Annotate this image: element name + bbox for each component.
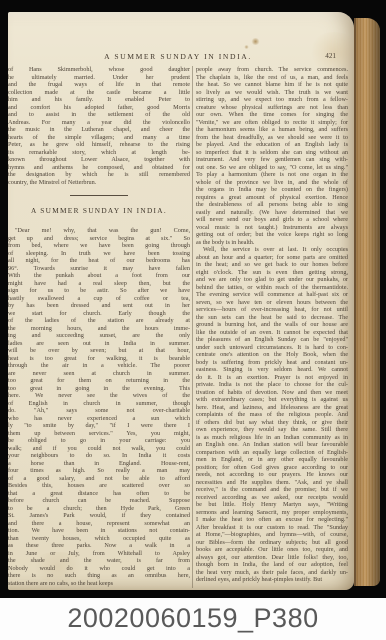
text-line: get up and dress; service begins at six.… [8, 235, 190, 243]
text-line: ground is burning hot, and the walls of … [196, 321, 348, 329]
text-line: the shade and the water, is far from [8, 557, 190, 565]
text-line: ly "to smite by day," "if I were there I [8, 422, 190, 430]
text-line: so lively as we would wish. The truth is… [196, 89, 348, 97]
text-line: so imperfect that it is seldom she can s… [196, 149, 348, 157]
text-line: eight o'clock. The sun is even then gett… [196, 269, 348, 277]
text-line: a horse than in England. House-rent, [8, 460, 190, 468]
book-fore-edge [354, 18, 380, 586]
text-line: receive," is the command and the promise… [196, 486, 348, 494]
text-line: The chaplain is, like the rest of us, a … [196, 74, 348, 82]
text-line: services—hours of ever-increasing heat, … [196, 306, 348, 314]
text-line: getting out of order; but the voice keep… [196, 231, 348, 239]
text-line: the heat. So we cannot blame him if he i… [196, 81, 348, 89]
text-line: are never seen at church in summer. [8, 370, 190, 378]
text-line: I make the heat too often an excuse for … [196, 516, 348, 524]
text-line: The evening service will commence at hal… [196, 291, 348, 299]
text-line: the morning hours, and the hours imme- [8, 325, 190, 333]
text-line: and we are only too glad to get under ou… [196, 276, 348, 284]
text-line: the pleasures of an English Sunday can b… [196, 336, 348, 344]
text-line: your neighbours to do so. In India it co… [8, 452, 190, 460]
text-line: him and his family. It enabled Peter to [8, 96, 190, 104]
text-line: walk; and if you could not walk, you cou… [8, 445, 190, 453]
text-line: creature whose physical sufferings are n… [196, 104, 348, 112]
text-line: easily and naturally. (We have determine… [196, 209, 348, 217]
text-line: from the heat dreadfully, as we should s… [196, 134, 348, 142]
text-line: do. "Ah," says some not over-charitable [8, 407, 190, 415]
stain-spot [244, 45, 249, 49]
text-line: tivation of habits of devotion. Now and … [196, 389, 348, 397]
text-line: here. We never see the wives of the [8, 392, 190, 400]
text-line: the harmonium seems like a human being, … [196, 126, 348, 134]
text-line: our own. When the time comes for singing… [196, 111, 348, 119]
text-line: there is no such thing as an omnibus her… [8, 572, 190, 580]
text-line: like the outside of an oven. It cannot b… [196, 329, 348, 337]
right-paragraph-1: people away from church. The service com… [196, 66, 348, 246]
text-line: that a great distance has often to be [8, 490, 190, 498]
text-line: in the heat; and so we get back to our h… [196, 261, 348, 269]
text-line: private. India is not the place to choos… [196, 381, 348, 389]
text-line: at Home,"—biographies, and hymns—with, o… [196, 531, 348, 539]
text-line: the music in the Lutheran chapel, and ch… [8, 126, 190, 134]
text-line: through the air in a vehicle. The poorer [8, 362, 190, 370]
text-line: of Hans Skimmerbohl, whose good daughter [8, 66, 190, 74]
text-line: sign for us to be astir. So after we hav… [8, 287, 190, 295]
text-line: be played. And the education of an Engli… [196, 141, 348, 149]
text-line: than twenty houses, which occupied quite… [8, 535, 190, 543]
text-line: tion. We have been in stations not conta… [8, 527, 190, 535]
text-line: before church can be reached. Suppose [8, 497, 190, 505]
text-line: too great in going in the evening. This [8, 385, 190, 393]
text-line: 96°. Towards sunrise it may have fallen [8, 265, 190, 273]
text-line: of the ladies of the station are already… [8, 317, 190, 325]
text-line: position; for often God gives grace acco… [196, 464, 348, 472]
text-line: Andreas. For many a year did the violonc… [8, 119, 190, 127]
running-header: A SUMMER SUNDAY IN INDIA. [8, 52, 348, 61]
text-line: might have had a real sleep then, but th… [8, 280, 190, 288]
text-line: collection made at the castle became a l… [8, 89, 190, 97]
text-line: derlined eyes, and prickly heat-pimples … [196, 576, 348, 584]
text-line: men in England, or in any other equally … [196, 456, 348, 464]
text-line: vocal music is not taught.) Instruments … [196, 224, 348, 232]
text-line: comparison with an equally large collect… [196, 449, 348, 457]
text-line: needs, not according to our prayers. He … [196, 471, 348, 479]
text-line: hearts of the simple villagers; and many… [8, 134, 190, 142]
text-line: in June or July, from Whitehall to Apsle… [8, 550, 190, 558]
right-column: people away from church. The service com… [196, 66, 348, 584]
text-line: the organs in India may be counted on th… [196, 186, 348, 194]
text-line: With the punkah about a foot from our [8, 272, 190, 280]
text-line: and the frugal ways of life in that remo… [8, 81, 190, 89]
text-line: behind the tatties, or within reach of t… [196, 284, 348, 292]
text-line: four times as high. So really a man may [8, 467, 190, 475]
right-paragraph-2: Well, the service is over at last. It on… [196, 246, 348, 584]
text-line: station there are no cabs, so the heat k… [8, 580, 190, 588]
book-page: A SUMMER SUNDAY IN INDIA. 421 of Hans Sk… [8, 12, 354, 590]
text-line: about an hour and a quarter; for some pa… [196, 254, 348, 262]
text-line: Besides this, houses are scattered over … [8, 482, 190, 490]
text-line: and comfort his adopted father, good Mor… [8, 104, 190, 112]
text-line: who has never experienced a sun which [8, 415, 190, 423]
text-line: will never send our boys and girls to a … [196, 216, 348, 224]
text-line: seven, so we have ten or eleven hours be… [196, 299, 348, 307]
text-line: our Bibles—form the ordinary subjects; b… [196, 539, 348, 547]
text-line: complaints of the mass of the religious … [196, 411, 348, 419]
text-line: of a good salary, and not be able to aff… [8, 475, 190, 483]
left-paragraph-2: "Dear me! why, that was the gun! Come,ge… [8, 227, 190, 587]
text-line: whole of the province we live in, and th… [196, 179, 348, 187]
text-line: will be over by seven; but at that hour, [8, 347, 190, 355]
text-line: them up between services." Yes, you migh… [8, 430, 190, 438]
text-line: of sleeping. In truth we have been tossi… [8, 250, 190, 258]
text-line: out one. So we are obliged to say, "O co… [196, 164, 348, 172]
text-line: of English in church in summer, though [8, 400, 190, 408]
text-line: body is suffering from prickly heat and … [196, 359, 348, 367]
text-line: sermons and learning Sanscrit, my proper… [196, 509, 348, 517]
text-line: with extraordinary cases; but everything… [196, 396, 348, 404]
text-line: if others did but say what they think, o… [196, 419, 348, 427]
text-line: do it. It is an exertion. Prayer is not … [196, 374, 348, 382]
section-heading: A SUMMER SUNDAY IN INDIA. [8, 206, 190, 218]
text-line: from bed, where we have been going throu… [8, 242, 190, 250]
text-line: though born in India, the land of our ad… [196, 561, 348, 569]
book-photograph: A SUMMER SUNDAY IN INDIA. 421 of Hans Sk… [0, 0, 386, 640]
text-line: we start for church. Early though the [8, 310, 190, 318]
text-line: under such untoward circumstances. It is… [196, 344, 348, 352]
text-line: hastily swallowed a cup of coffee or tea… [8, 295, 190, 303]
text-line: Peter, as he grew old himself, rehearse … [8, 141, 190, 149]
left-column: of Hans Skimmerbohl, whose good daughter… [8, 66, 190, 587]
text-line: heat is too great for walking, it is bea… [8, 355, 190, 363]
archive-label: 20020060159_P380 [0, 598, 386, 638]
text-line: Nobody would do it who could get into a [8, 565, 190, 573]
text-line: here. Heat, and laziness, and lifelessne… [196, 404, 348, 412]
text-line: always got, our attention. Dear little f… [196, 554, 348, 562]
column-divider [192, 66, 193, 588]
text-line: necessities and He supplies them. "Ask, … [196, 479, 348, 487]
text-line: the heat very much, as their pale faces,… [196, 569, 348, 577]
text-line: "Venite," we are often obliged to recite… [196, 119, 348, 127]
text-line: by has been dressed and sent out in her [8, 302, 190, 310]
text-line: country, the Minstrel of Netterbrun. [8, 179, 190, 187]
text-line: received according as we asked, our rece… [196, 494, 348, 502]
text-line: is as much religious life in an Indian c… [196, 434, 348, 442]
text-line: the desirableness of all persons being a… [196, 201, 348, 209]
label-strip: 20020060159_P380 [0, 598, 386, 640]
text-line: all night, for the heat of our bedrooms … [8, 257, 190, 265]
text-line: To play a harmonium (there is not one or… [196, 171, 348, 179]
text-line: and to assist in the settlement of the o… [8, 111, 190, 119]
text-line: the designation by which he is still rem… [8, 171, 190, 179]
text-line: instrument. And very few gentlemen can s… [196, 156, 348, 164]
stain-spot [251, 38, 260, 45]
text-line: be but little. Holy Henry Martyn says, "… [196, 501, 348, 509]
text-line: Well, the service is over at last. It on… [196, 246, 348, 254]
left-paragraph-1: of Hans Skimmerbohl, whose good daughter… [8, 66, 190, 186]
text-line: he ultimately married. Under her prudent [8, 74, 190, 82]
text-line: people away from church. The service com… [196, 66, 348, 74]
text-line: books are acceptable. Our little ones to… [196, 546, 348, 554]
text-line: ing and succeeding sunset, are the only [8, 332, 190, 340]
text-line: hymns and anthems he composed, and obtai… [8, 164, 190, 172]
text-line: "Dear me! why, that was the gun! Come, [8, 227, 190, 235]
text-line: known throughout Lower Alsace, together … [8, 156, 190, 164]
text-line: an English one. An Indian station will b… [196, 441, 348, 449]
text-line: own experience, they would say the same.… [196, 426, 348, 434]
text-line: stirring up, and we expect too much from… [196, 96, 348, 104]
text-line: ladies are seen out in India in summer. [8, 340, 190, 348]
text-line: easiness. Singing is very seldom heard. … [196, 366, 348, 374]
page-number: 421 [325, 52, 336, 60]
text-line: as the body is in health. [196, 239, 348, 247]
text-line: and there a house, represent somewhat an [8, 520, 190, 528]
text-line: its remarkable story, which at length be… [8, 149, 190, 157]
text-line: be obliged to go in your carriage: you [8, 437, 190, 445]
text-line: St. James's Park would, if they containe… [8, 512, 190, 520]
text-line: to be a church; then Hyde Park, Green [8, 505, 190, 513]
text-line: After breakfast it is our custom to read… [196, 524, 348, 532]
section-rule [70, 195, 128, 196]
text-line: requires a great amount of physical exer… [196, 194, 348, 202]
text-line: as these three parks. Now a walk in a [8, 542, 190, 550]
text-line: the sun sets can the heat be said to dec… [196, 314, 348, 322]
text-line: centrate one's attention on the Holy Boo… [196, 351, 348, 359]
text-line: too great for them on returning in the [8, 377, 190, 385]
